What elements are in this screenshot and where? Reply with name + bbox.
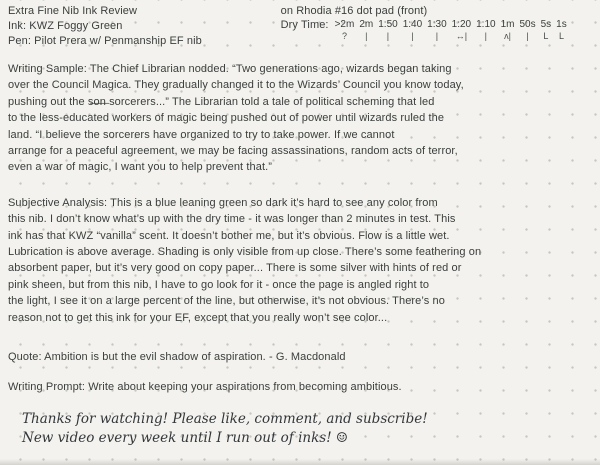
dry-time-tick: >2m ? [335,19,355,42]
tick-mark: | [365,31,367,42]
paper-line: on Rhodia #16 dot pad (front) [281,4,592,19]
handwritten-line: land. “I believe the sorcerers have orga… [8,127,592,143]
handwritten-line: New video every week until I run out of … [8,429,592,448]
handwritten-line: absorbent paper, but it’s very good on c… [8,260,592,276]
tick-mark: | [436,31,438,42]
handwritten-line: pushing out the s̶o̶n̶ sorcerers...” The… [8,94,592,110]
handwritten-line: even a war of magic, I want you to help … [8,159,592,175]
review-header: Extra Fine Nib Ink Review Ink: KWZ Foggy… [8,4,592,49]
handwritten-line: arrange for a peaceful agreement, we may… [8,143,592,159]
tick-mark: | [411,31,413,42]
dry-time-tick: 1:10 | [476,19,495,42]
dry-time-tick: 2m | [359,19,373,42]
page-title: Extra Fine Nib Ink Review [8,4,277,19]
tick-mark: L [543,31,548,42]
dry-time-tick: 1:20 ↔| [452,19,471,42]
dry-time-label: Dry Time: [281,19,329,32]
tick-mark: | [485,31,487,42]
dry-time-tick: 50s | [519,19,535,42]
dry-time-tick: 1:30 | [427,19,446,42]
dry-time-tick: 1:40 | [403,19,422,42]
handwritten-line: Thanks for watching! Please like, commen… [8,410,592,429]
handwritten-line: Writing Sample: The Chief Librarian nodd… [8,61,592,77]
notebook-page: Extra Fine Nib Ink Review Ink: KWZ Foggy… [0,0,600,465]
tick-mark: L [559,31,564,42]
pen-line: Pen: Pilot Prera w/ Penmanship EF nib [8,34,277,49]
dry-time-tick: 1m ʌ| [501,19,515,42]
handwritten-line: Lubrication is above average. Shading is… [8,244,592,260]
handwritten-line: Subjective Analysis: This is a blue lean… [8,195,592,211]
dry-time-scale: Dry Time: >2m ? 2m | 1:50 | 1: [281,19,592,42]
subjective-analysis-paragraph: Subjective Analysis: This is a blue lean… [8,195,592,326]
dry-time-ticks: >2m ? 2m | 1:50 | 1:40 | [335,19,567,42]
handwritten-line: to the less-educated workers of magic be… [8,110,592,126]
dry-time-tick: 5s L [541,19,552,42]
ink-line: Ink: KWZ Foggy Green [8,19,277,34]
writing-sample-paragraph: Writing Sample: The Chief Librarian nodd… [8,61,592,176]
outro-paragraph: Thanks for watching! Please like, commen… [8,410,592,448]
writing-prompt-line: Writing Prompt: Write about keeping your… [8,379,592,395]
tick-mark: ↔| [456,31,467,42]
tick-mark: ? [342,31,347,42]
handwritten-line: reason not to get this ink for your EF, … [8,310,592,326]
handwritten-line: ink has that KWZ “vanilla” scent. It doe… [8,228,592,244]
tick-mark: ʌ| [504,31,511,42]
header-left-column: Extra Fine Nib Ink Review Ink: KWZ Foggy… [8,4,277,49]
header-right-column: on Rhodia #16 dot pad (front) Dry Time: … [277,4,592,42]
dry-time-tick: 1:50 | [378,19,397,42]
dry-time-tick: 1s L [556,19,567,42]
tick-mark: | [387,31,389,42]
handwritten-line: over the Council Magica. They gradually … [8,77,592,93]
handwritten-line: the light, I see it on a large percent o… [8,293,592,309]
tick-mark: | [526,31,528,42]
quote-line: Quote: Ambition is but the evil shadow o… [8,349,592,365]
handwritten-line: this nib. I don’t know what’s up with th… [8,211,592,227]
handwritten-line: pink sheen, but from this nib, I have to… [8,277,592,293]
